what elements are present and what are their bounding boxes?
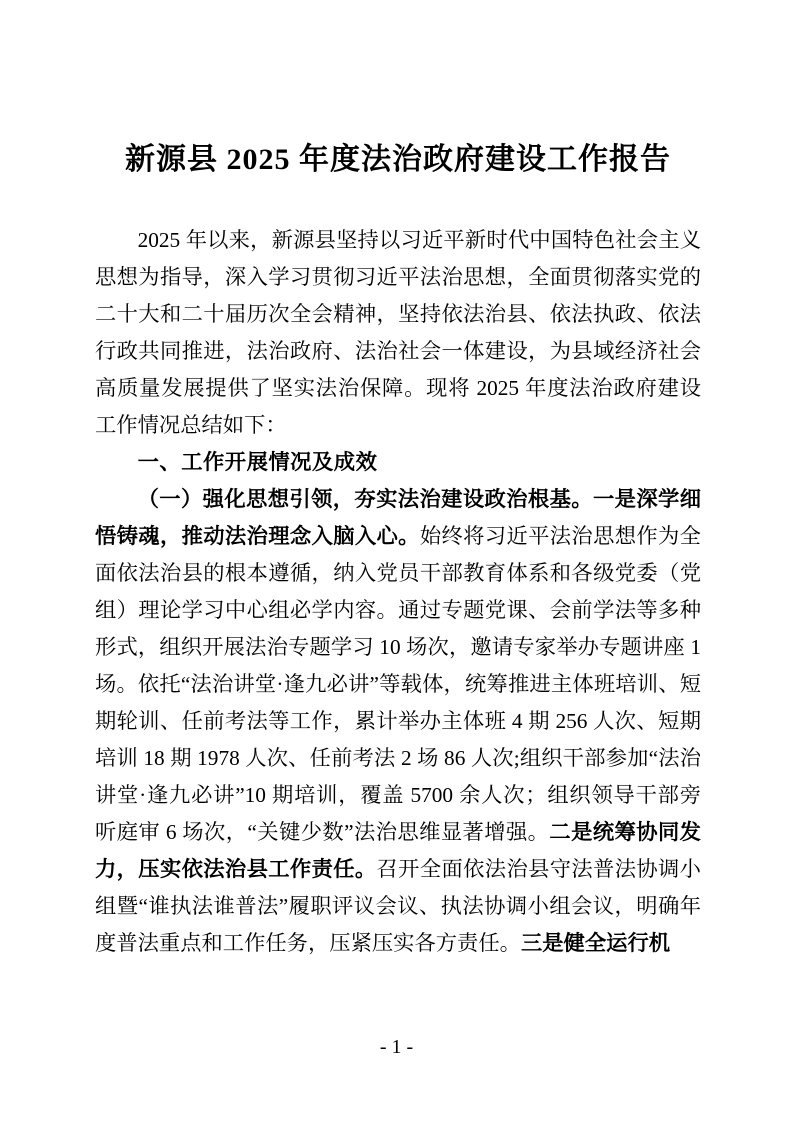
- paragraph-run-regular-1: 始终将习近平法治思想作为全面依法治县的根本遵循，纳入党员干部教育体系和各级党委（…: [95, 524, 701, 844]
- section-1-heading: 一、工作开展情况及成效: [95, 444, 701, 481]
- document-body: 2025 年以来，新源县坚持以习近平新时代中国特色社会主义思想为指导，深入学习贯…: [95, 222, 701, 962]
- paragraph-run-bold-3: 三是健全运行机: [521, 931, 670, 955]
- section-1-paragraph: （一）强化思想引领，夯实法治建设政治根基。一是深学细悟铸魂，推动法治理念入脑入心…: [95, 481, 701, 962]
- page-number: - 1 -: [0, 1033, 793, 1061]
- document-title: 新源县 2025 年度法治政府建设工作报告: [95, 138, 701, 182]
- intro-paragraph: 2025 年以来，新源县坚持以习近平新时代中国特色社会主义思想为指导，深入学习贯…: [95, 222, 701, 444]
- document-content: 新源县 2025 年度法治政府建设工作报告 2025 年以来，新源县坚持以习近平…: [0, 0, 793, 962]
- document-page: 新源县 2025 年度法治政府建设工作报告 2025 年以来，新源县坚持以习近平…: [0, 0, 793, 1122]
